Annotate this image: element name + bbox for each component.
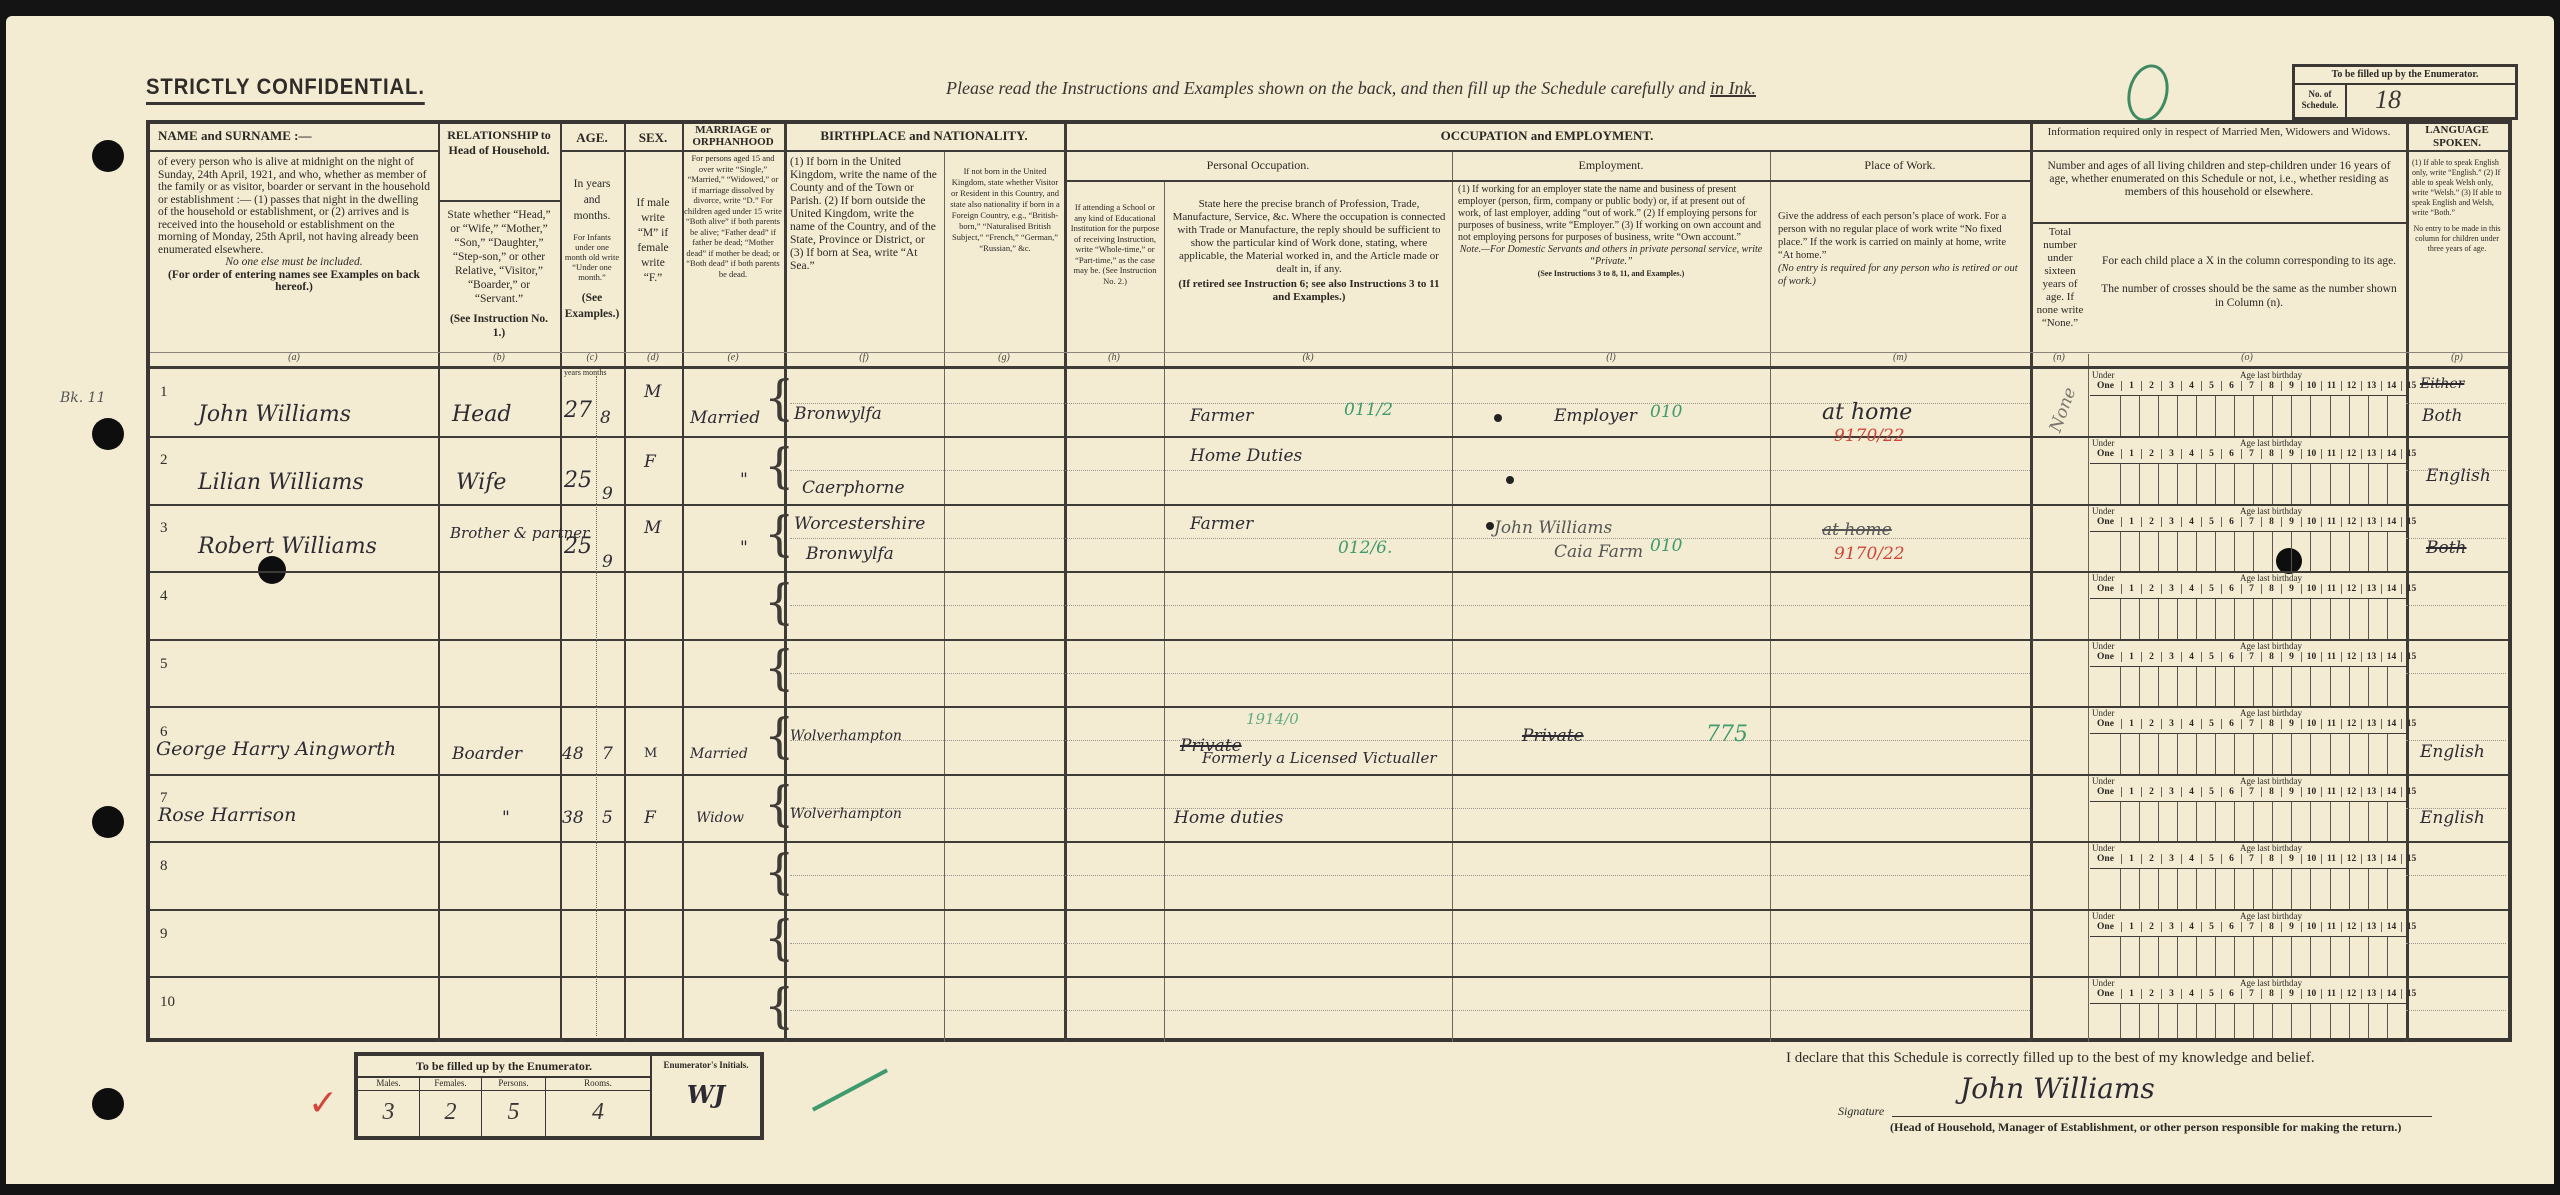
birthplace-2: Bronwylfa bbox=[806, 544, 894, 564]
birthplace: Wolverhampton bbox=[790, 728, 902, 744]
relationship: Head bbox=[452, 402, 511, 427]
row-number: 10 bbox=[160, 994, 175, 1011]
age-grid: UnderAge last birthday One12345678910111… bbox=[2090, 910, 2406, 976]
occupation-code: 011/2 bbox=[1344, 400, 1393, 420]
col-c-title: AGE. bbox=[560, 130, 624, 146]
persons-count: 5 bbox=[482, 1091, 545, 1133]
age-years: 38 bbox=[562, 808, 584, 828]
age-months: 5 bbox=[602, 808, 613, 828]
col-a-title: NAME and SURNAME :— bbox=[150, 128, 438, 144]
row-number: 3 bbox=[160, 520, 168, 537]
employment: Employer bbox=[1554, 406, 1637, 426]
col-o-text: For each child place a X in the column c… bbox=[2094, 252, 2404, 312]
col-l-text: (1) If working for an employer state the… bbox=[1454, 182, 1768, 282]
punch-hole bbox=[92, 1088, 124, 1120]
punch-hole bbox=[92, 140, 124, 172]
language: English bbox=[2420, 808, 2485, 828]
marriage: Married bbox=[690, 408, 760, 428]
census-form-table: NAME and SURNAME :— of every person who … bbox=[146, 120, 2512, 1042]
language-struck: Either bbox=[2420, 376, 2464, 392]
employment: John Williams bbox=[1494, 518, 1612, 538]
punch-hole bbox=[92, 806, 124, 838]
person-name: George Harry Aingworth bbox=[156, 738, 396, 760]
place-of-work: at home bbox=[1822, 400, 1912, 425]
age-months: 7 bbox=[602, 744, 613, 764]
col-f-text: (1) If born in the United Kingdom, write… bbox=[786, 154, 942, 275]
occupation: Farmer bbox=[1190, 406, 1253, 426]
signature: John Williams bbox=[1960, 1072, 2155, 1105]
sex: M bbox=[644, 746, 657, 761]
age-months: 9 bbox=[602, 552, 613, 572]
children-total: None bbox=[2046, 385, 2081, 435]
row-number: 2 bbox=[160, 452, 168, 469]
signature-line bbox=[1892, 1116, 2432, 1117]
birthplace: Bronwylfa bbox=[794, 404, 882, 424]
age-grid: UnderAge last birthday One12345678910111… bbox=[2090, 977, 2406, 1038]
language: English bbox=[2426, 466, 2491, 486]
col-b-text: State whether “Head,” or “Wife,” “Mother… bbox=[440, 206, 558, 342]
row-number: 4 bbox=[160, 588, 168, 605]
col-p-title: LANGUAGE SPOKEN. bbox=[2406, 124, 2508, 150]
age-years: 25 bbox=[564, 534, 592, 559]
language: Both bbox=[2426, 538, 2467, 558]
rooms-count: 4 bbox=[546, 1091, 650, 1133]
row-number: 1 bbox=[160, 384, 168, 401]
birthplace: Wolverhampton bbox=[790, 806, 902, 822]
employment-2: Caia Farm bbox=[1554, 542, 1643, 562]
birthplace: Worcestershire bbox=[794, 514, 925, 534]
declaration-text: I declare that this Schedule is correctl… bbox=[1786, 1050, 2315, 1067]
instructions-line: Please read the Instructions and Example… bbox=[946, 78, 1756, 99]
red-check-mark: ✓ bbox=[308, 1082, 338, 1124]
sex: F bbox=[644, 808, 656, 828]
occupation: Formerly a Licensed Victualler bbox=[1202, 750, 1462, 766]
col-n-text: Total number under sixteen years of age.… bbox=[2032, 224, 2088, 332]
females-count: 2 bbox=[420, 1091, 481, 1133]
marriage: Married bbox=[690, 746, 748, 762]
col-p-text: (1) If able to speak English only, write… bbox=[2408, 156, 2506, 256]
signature-label: Signature bbox=[1838, 1104, 1884, 1119]
place-of-work-title: Place of Work. bbox=[1770, 158, 2030, 173]
schedule-number-box: To be filled up by the Enumerator. No. o… bbox=[2292, 64, 2518, 120]
col-b-title: RELATIONSHIP to Head of Household. bbox=[438, 128, 560, 158]
enumerator-totals-box: To be filled up by the Enumerator. Males… bbox=[354, 1052, 764, 1140]
col-c-text: In years and months. For Infants under o… bbox=[560, 174, 624, 324]
col-a-text: of every person who is alive at midnight… bbox=[154, 154, 434, 296]
col-g-text: If not born in the United Kingdom, state… bbox=[946, 164, 1064, 256]
marriage: Widow bbox=[696, 810, 744, 826]
age-grid: UnderAge last birthday One12345678910111… bbox=[2090, 437, 2406, 504]
punch-hole bbox=[92, 418, 124, 450]
language: Both bbox=[2422, 406, 2463, 426]
sex: M bbox=[644, 382, 661, 402]
relationship: " bbox=[502, 808, 510, 828]
margin-note: Bk. 11 bbox=[60, 390, 106, 406]
sex: M bbox=[644, 518, 661, 538]
person-name: Lilian Williams bbox=[198, 470, 364, 495]
marriage: " bbox=[740, 538, 748, 558]
schedule-number: 18 bbox=[2375, 85, 2401, 115]
relationship: Boarder bbox=[452, 744, 522, 764]
enumerator-initials: WJ bbox=[652, 1080, 760, 1109]
age-months: 8 bbox=[600, 408, 611, 428]
age-years: 27 bbox=[564, 398, 592, 423]
col-e-text: For persons aged 15 and over write “Sing… bbox=[682, 152, 784, 280]
occupation: Home duties bbox=[1174, 808, 1284, 828]
row-number: 8 bbox=[160, 858, 168, 875]
place-code: 9170/22 bbox=[1834, 544, 1905, 564]
person-name: John Williams bbox=[198, 402, 351, 427]
employment-code: 010 bbox=[1650, 402, 1682, 422]
col-d-text: If male write “M” if female write “F.” bbox=[624, 194, 682, 288]
occupation-code: 012/6. bbox=[1338, 538, 1392, 558]
col-d-title: SEX. bbox=[624, 130, 682, 146]
age-years: 25 bbox=[564, 468, 592, 493]
page-title: STRICTLY CONFIDENTIAL. bbox=[146, 74, 425, 105]
col-h-text: If attending a School or any kind of Edu… bbox=[1066, 200, 1164, 288]
col-no-sub: Number and ages of all living children a… bbox=[2034, 158, 2404, 201]
relationship: Wife bbox=[456, 470, 506, 495]
col-no-title: Information required only in respect of … bbox=[2032, 124, 2406, 140]
age-grid: UnderAge last birthday One12345678910111… bbox=[2090, 505, 2406, 571]
age-grid: UnderAge last birthday One12345678910111… bbox=[2090, 369, 2406, 436]
males-count: 3 bbox=[358, 1091, 419, 1133]
row-number: 9 bbox=[160, 926, 168, 943]
age-grid: UnderAge last birthday One12345678910111… bbox=[2090, 572, 2406, 639]
marriage: " bbox=[740, 470, 748, 490]
personal-occupation-title: Personal Occupation. bbox=[1064, 158, 1452, 173]
col-e-title: MARRIAGE or ORPHANHOOD bbox=[682, 124, 784, 148]
person-name: Rose Harrison bbox=[158, 804, 296, 826]
occupation: Farmer bbox=[1190, 514, 1253, 534]
age-years: 48 bbox=[562, 744, 584, 764]
age-months: 9 bbox=[602, 484, 613, 504]
occupation-code: 1914/0 bbox=[1246, 710, 1299, 728]
employment-code: 775 bbox=[1706, 722, 1748, 747]
age-grid: UnderAge last birthday One12345678910111… bbox=[2090, 640, 2406, 706]
occupation: Home Duties bbox=[1190, 446, 1302, 466]
employment-title: Employment. bbox=[1452, 158, 1770, 173]
sex: F bbox=[644, 452, 656, 472]
signature-caption: (Head of Household, Manager of Establish… bbox=[1890, 1120, 2401, 1135]
place-code: 9170/22 bbox=[1834, 426, 1905, 446]
employment-code: 010 bbox=[1650, 536, 1682, 556]
language: English bbox=[2420, 742, 2485, 762]
person-name: Robert Williams bbox=[198, 534, 377, 559]
age-grid: UnderAge last birthday One12345678910111… bbox=[2090, 842, 2406, 909]
col-fg-title: BIRTHPLACE and NATIONALITY. bbox=[784, 128, 1064, 144]
place-of-work: at home bbox=[1822, 520, 1892, 540]
col-k-text: State here the precise branch of Profess… bbox=[1166, 196, 1452, 306]
col-occ-title: OCCUPATION and EMPLOYMENT. bbox=[1064, 128, 2030, 144]
age-grid: UnderAge last birthday One12345678910111… bbox=[2090, 775, 2406, 841]
birthplace: Caerphorne bbox=[802, 478, 905, 498]
age-grid: UnderAge last birthday One12345678910111… bbox=[2090, 707, 2406, 774]
row-number: 5 bbox=[160, 656, 168, 673]
employment-struck: Private bbox=[1522, 726, 1584, 746]
col-m-text: Give the address of each person’s place … bbox=[1774, 208, 2026, 290]
